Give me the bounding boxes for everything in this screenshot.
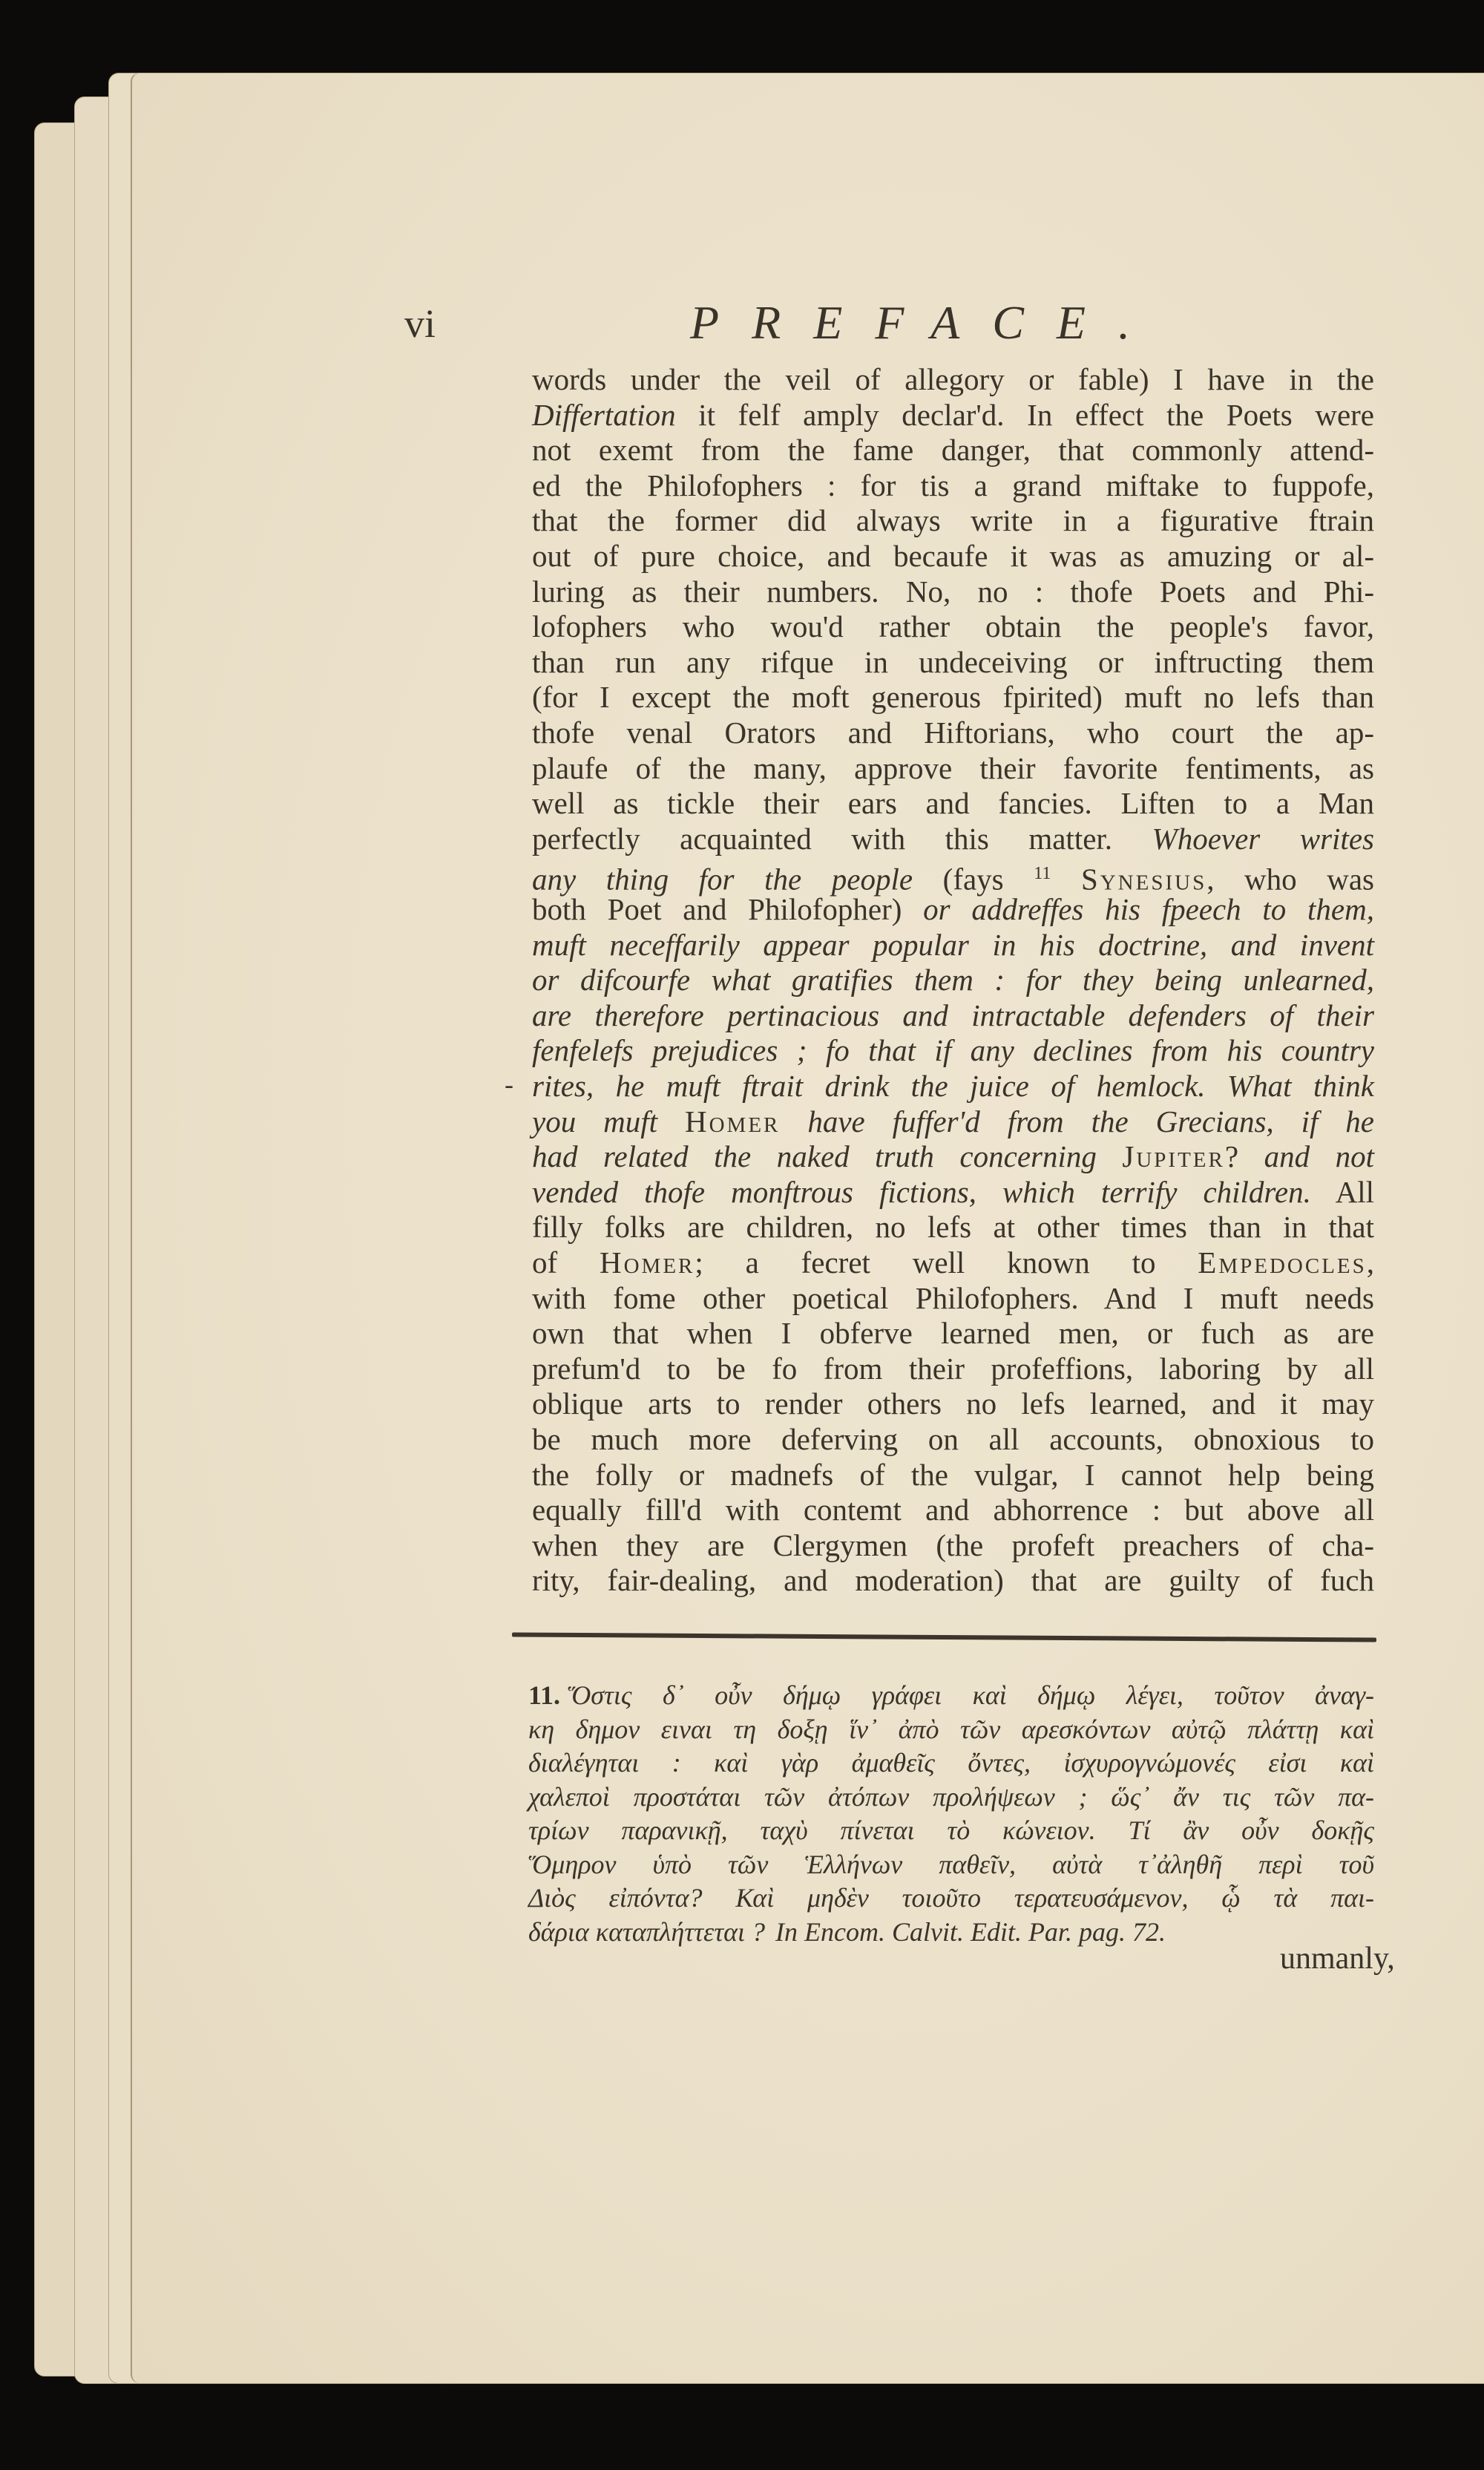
text-run: ?	[1225, 1139, 1264, 1173]
text-run: ; a fecret well known to	[695, 1245, 1198, 1280]
text-line: than run any rifque in undeceiving or in…	[532, 644, 1374, 680]
text-run: when they are Clergymen (the profeft pre…	[532, 1528, 1374, 1562]
text-run: luring as their numbers. No, no : thofe …	[532, 574, 1374, 609]
text-run: be much more deferving on all accounts, …	[532, 1422, 1374, 1456]
text-run: plaufe of the many, approve their favori…	[532, 751, 1374, 785]
text-line: you muft Homer have fuffer'd from the Gr…	[532, 1104, 1374, 1139]
footnote-line: 11.Ὅστις δ᾽ οὖν δήμῳ γράφει καὶ δήμῳ λέγ…	[528, 1679, 1374, 1711]
footnote-line: χαλεποὶ προστάται τῶν ἀτόπων προλήψεων ;…	[528, 1781, 1374, 1813]
text-run: than run any rifque in undeceiving or in…	[532, 645, 1374, 679]
running-head: PREFACE.	[690, 295, 1163, 350]
text-line: well as tickle their ears and fancies. L…	[532, 785, 1374, 821]
text-run: Homer	[600, 1245, 695, 1280]
text-run: muft neceffarily appear popular in his d…	[532, 928, 1374, 962]
page-number: vi	[404, 301, 436, 347]
text-run: out of pure choice, and becaufe it was a…	[532, 539, 1374, 573]
text-run: lofophers who wou'd rather obtain the pe…	[532, 609, 1374, 643]
text-run: not exemt from the fame danger, that com…	[532, 433, 1374, 467]
text-line: plaufe of the many, approve their favori…	[532, 750, 1374, 786]
text-run: of	[532, 1245, 600, 1280]
text-line: rites, he muft ftrait drink the juice of…	[532, 1068, 1374, 1104]
footnote-greek-text: διαλέγηται : καὶ γὰρ ἀμαθεῖς ὄντες, ἰσχυ…	[528, 1748, 1374, 1778]
text-run: with fome other poetical Philofophers. A…	[532, 1281, 1374, 1315]
footnote-line: τρίων παρανικῇ, ταχὺ πίνεται τὸ κώνειον.…	[528, 1814, 1374, 1847]
footnote-greek-text: χαλεποὶ προστάται τῶν ἀτόπων προλήψεων ;…	[528, 1782, 1374, 1812]
text-line: with fome other poetical Philofophers. A…	[532, 1280, 1374, 1316]
text-run: oblique arts to render others no lefs le…	[532, 1386, 1374, 1421]
text-line: filly folks are children, no lefs at oth…	[532, 1209, 1374, 1245]
text-run: rites, he muft ftrait drink the juice of…	[532, 1069, 1374, 1103]
text-line: lofophers who wou'd rather obtain the pe…	[532, 609, 1374, 644]
text-run: are therefore pertinacious and intractab…	[532, 998, 1374, 1032]
footnote-number: 11.	[528, 1680, 560, 1710]
footnote-greek-text: δάρια καταπλήττεται ?	[528, 1917, 765, 1947]
text-run: have fuffer'd from the Grecians, if he	[780, 1104, 1374, 1139]
footnote-line: διαλέγηται : καὶ γὰρ ἀμαθεῖς ὄντες, ἰσχυ…	[528, 1746, 1374, 1779]
text-line: be much more deferving on all accounts, …	[532, 1421, 1374, 1457]
text-line: ed the Philofophers : for tis a grand mi…	[532, 468, 1374, 503]
text-line: equally fill'd with contemt and abhorren…	[532, 1492, 1374, 1527]
text-line: that the former did always write in a fi…	[532, 502, 1374, 538]
text-run: you muft	[532, 1104, 685, 1139]
text-line: the folly or madnefs of the vulgar, I ca…	[532, 1457, 1374, 1493]
text-run: the folly or madnefs of the vulgar, I ca…	[532, 1458, 1374, 1492]
text-run: vended thofe monftrous fictions, which t…	[532, 1175, 1311, 1209]
text-run: Empedocles	[1198, 1245, 1366, 1280]
text-run: equally fill'd with contemt and abhorren…	[532, 1493, 1374, 1527]
text-line: fenfelefs prejudices ; fo that if any de…	[532, 1032, 1374, 1068]
footnote-citation: In Encom. Calvit. Edit. Par. pag. 72.	[775, 1917, 1166, 1947]
text-run: Whoever writes	[1152, 822, 1374, 856]
footnote-ref: 11	[1034, 864, 1051, 883]
text-run: Differtation	[532, 398, 676, 432]
text-run: thofe venal Orators and Hiftorians, who …	[532, 715, 1374, 750]
text-line: words under the veil of allegory or fabl…	[532, 361, 1374, 397]
text-run: own that when I obferve learned men, or …	[532, 1316, 1374, 1350]
text-run: ,	[1367, 1245, 1374, 1280]
text-run: Homer	[685, 1104, 780, 1139]
text-run: that the former did always write in a fi…	[532, 503, 1374, 537]
text-line: not exemt from the fame danger, that com…	[532, 432, 1374, 468]
text-line: thofe venal Orators and Hiftorians, who …	[532, 715, 1374, 750]
text-line: oblique arts to render others no lefs le…	[532, 1386, 1374, 1421]
text-run: fenfelefs prejudices ; fo that if any de…	[532, 1033, 1374, 1067]
text-line: out of pure choice, and becaufe it was a…	[532, 538, 1374, 574]
text-run: perfectly acquainted with this matter.	[532, 822, 1152, 856]
text-run: or addreffes his fpeech to them,	[923, 892, 1374, 926]
text-run: prefum'd to be fo from their profeffions…	[532, 1352, 1374, 1386]
text-line: or difcourfe what gratifies them : for t…	[532, 962, 1374, 997]
text-line: perfectly acquainted with this matter. W…	[532, 821, 1374, 856]
footnote-greek-text: κη δημον ειναι τη δοξῃ ἵν᾽ ἀπὸ τῶν αρεσκ…	[528, 1714, 1374, 1744]
footnote-line: Ὅμηρον ὑπὸ τῶν Ἑλλήνων παθεῖν, αὐτὰ τ᾽ἀλ…	[528, 1848, 1374, 1881]
catchword: unmanly,	[1280, 1941, 1395, 1976]
text-line: Differtation it felf amply declar'd. In …	[532, 397, 1374, 433]
footnote-line: Διὸς εἰπόντα? Καὶ μηδὲν τοιοῦτο τερατευσ…	[528, 1881, 1374, 1914]
text-run: and not	[1264, 1139, 1374, 1173]
text-run: or difcourfe what gratifies them : for t…	[532, 963, 1374, 997]
text-run: rity, fair-dealing, and moderation) that…	[532, 1563, 1374, 1597]
footnote-greek-text: τρίων παρανικῇ, ταχὺ πίνεται τὸ κώνειον.…	[528, 1815, 1374, 1845]
footnote-greek-text: Διὸς εἰπόντα? Καὶ μηδὲν τοιοῦτο τερατευσ…	[528, 1883, 1374, 1913]
text-run: filly folks are children, no lefs at oth…	[532, 1210, 1374, 1244]
text-line: both Poet and Philofopher) or addreffes …	[532, 891, 1374, 927]
text-run: Jupiter	[1122, 1139, 1224, 1173]
text-line: own that when I obferve learned men, or …	[532, 1315, 1374, 1351]
text-run: had related the naked truth concerning	[532, 1139, 1122, 1173]
text-line: muft neceffarily appear popular in his d…	[532, 927, 1374, 963]
text-line: when they are Clergymen (the profeft pre…	[532, 1527, 1374, 1563]
text-line: prefum'd to be fo from their profeffions…	[532, 1351, 1374, 1386]
text-line: are therefore pertinacious and intractab…	[532, 997, 1374, 1033]
text-line: (for I except the moft generous fpirited…	[532, 679, 1374, 715]
footnote-line: κη δημον ειναι τη δοξῃ ἵν᾽ ἀπὸ τῶν αρεσκ…	[528, 1713, 1374, 1746]
footnote-line: δάρια καταπλήττεται ?In Encom. Calvit. E…	[528, 1916, 1374, 1948]
margin-mark: -	[505, 1069, 513, 1100]
text-line: of Homer; a fecret well known to Empedoc…	[532, 1245, 1374, 1280]
text-run: both Poet and Philofopher)	[532, 892, 923, 926]
text-line: had related the naked truth concerning J…	[532, 1139, 1374, 1174]
text-run: it felf amply declar'd. In effect the Po…	[676, 398, 1374, 432]
text-run: well as tickle their ears and fancies. L…	[532, 786, 1374, 820]
footnote-greek-text: Ὅστις δ᾽ οὖν δήμῳ γράφει καὶ δήμῳ λέγει,…	[568, 1680, 1374, 1710]
text-line: luring as their numbers. No, no : thofe …	[532, 574, 1374, 609]
text-run: All	[1311, 1175, 1374, 1209]
text-line: rity, fair-dealing, and moderation) that…	[532, 1562, 1374, 1598]
footnote-greek-text: Ὅμηρον ὑπὸ τῶν Ἑλλήνων παθεῖν, αὐτὰ τ᾽ἀλ…	[528, 1850, 1374, 1879]
text-run: (for I except the moft generous fpirited…	[532, 680, 1374, 714]
text-line: vended thofe monftrous fictions, which t…	[532, 1174, 1374, 1210]
text-run: ed the Philofophers : for tis a grand mi…	[532, 468, 1374, 502]
text-run: words under the veil of allegory or fabl…	[532, 362, 1374, 396]
